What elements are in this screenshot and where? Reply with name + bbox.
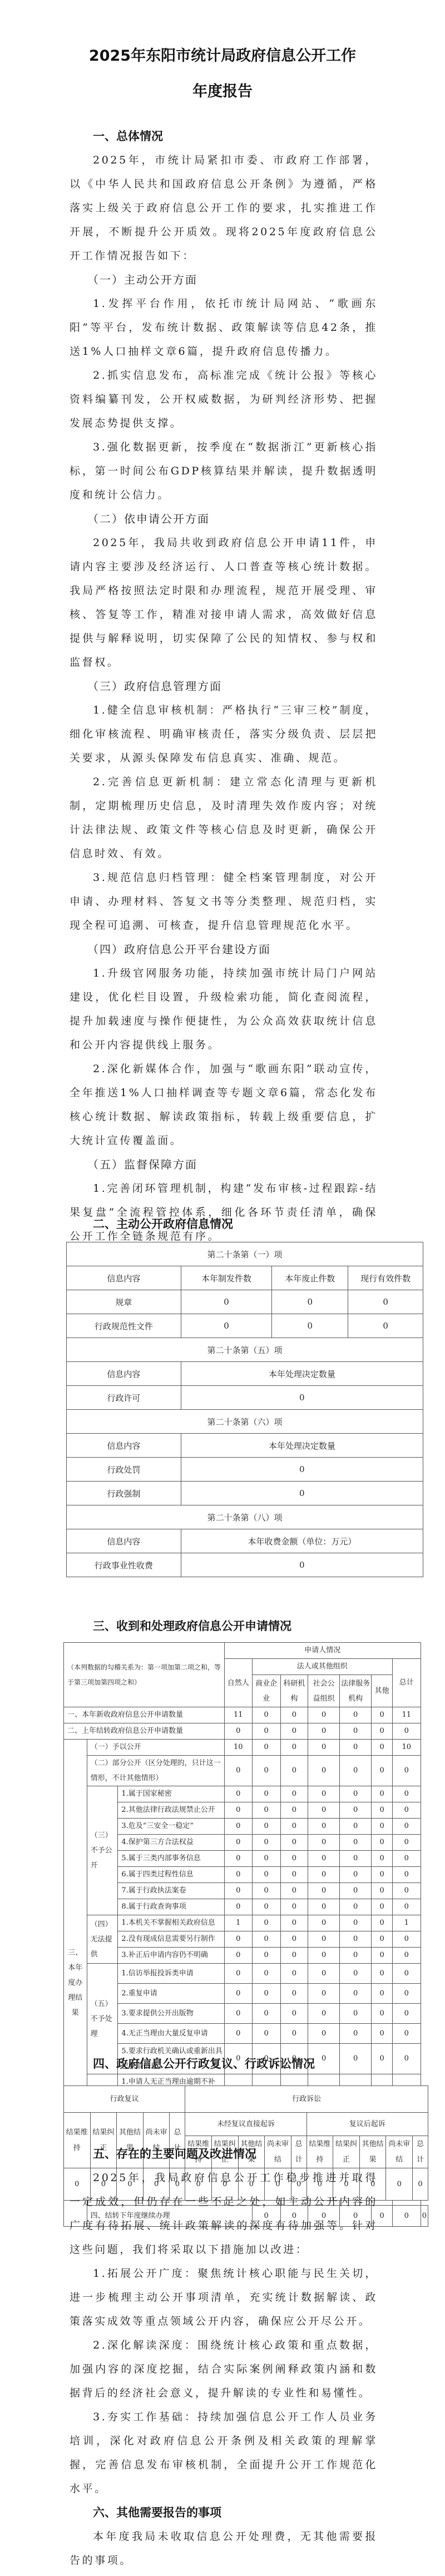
cell-value: 0 [413,2168,428,2201]
section-issues: 五、存在的主要问题及改进情况 2025年，我局政府信息公开工作稳步推进并取得一定… [70,2142,378,2573]
table-row: 3.补正后申请内容仍不明确 0000000 [64,1948,428,1964]
paragraph: 3.规范信息归档管理：健全档案管理制度，对公开申请、办理材料、答复文书等分类整理… [70,866,378,938]
row-label: 4.保护第三方合法权益 [118,1835,224,1851]
table-row: 行政规范性文件 0 0 0 [67,1314,423,1338]
row-label: 6.属于四类过程性信息 [118,1867,224,1883]
column-header: 信息内容 [67,1362,181,1386]
cell-value: 0 [339,1723,372,1740]
cell-value: 0 [252,2024,280,2044]
cell-value: 0 [339,1964,372,1984]
cell-value: 0 [372,1948,392,1964]
cell-value: 0 [280,1867,308,1883]
table-row: 8.属于行政查询事项 0000000 [64,1899,428,1915]
cell-value: 0 [272,1314,348,1338]
table-row: 2.重复申请 0000000 [64,1984,428,2004]
cell-value: 0 [339,1707,372,1723]
row-label: 规章 [67,1290,181,1314]
row-label: 二、上年结转政府信息公开申请数量 [64,1723,225,1740]
cell-value: 0 [272,1290,348,1314]
cell-value: 0 [372,1964,392,1984]
group-header: 行政诉讼 [185,2086,428,2113]
cell-value: 0 [339,1899,372,1915]
report-title-line2: 年度报告 [0,79,445,101]
cell-value: 0 [280,1915,308,1931]
cell-value: 0 [308,1740,340,1756]
section-heading: 一、总体情况 [93,125,378,148]
table-row: 4.无正当理由大量反复申请 0000000 [64,2024,428,2044]
cell-value: 0 [392,2206,421,2227]
cell-value: 0 [252,1835,280,1851]
cell-value: 0 [252,1851,280,1867]
cell-value: 0 [224,1948,252,1964]
row-label: 行政许可 [67,1386,181,1410]
cell-value: 0 [339,1802,372,1819]
cell-value: 0 [308,1867,340,1883]
row-label: （一）予以公开 [87,1740,224,1756]
row-label: 1.信访举报投诉类申请 [118,1964,224,1984]
cell-value: 0 [372,1851,392,1867]
row-label: 1.属于国家秘密 [118,1786,224,1802]
cell-value: 0 [308,2024,340,2044]
cell-value: 0 [372,1819,392,1835]
table-row: 行政事业性收费 0 [67,1553,423,1577]
group-header: 复议后起诉 [306,2113,428,2136]
cell-value: 0 [280,1819,308,1835]
cell-value: 10 [224,1740,252,1756]
cell-value: 0 [392,1802,421,1819]
subsection-heading: （二）依申请公开方面 [87,507,378,531]
table-row: （三）不予公开 1.属于国家秘密 0000000 [64,1786,428,1802]
column-header: 科研机构 [280,1675,308,1707]
cell-value: 0 [392,2004,421,2024]
cell-value: 0 [392,1899,421,1915]
cell-value: 0 [372,1835,392,1851]
cell-value: 0 [252,1819,280,1835]
paragraph: 2.完善信息更新机制：建立常态化清理与更新机制，定期梳理历史信息，及时清理失效作… [70,770,378,866]
column-header: 商业企业 [252,1675,280,1707]
cell-value: 0 [252,1756,280,1786]
table-section-title: 第二十条第（八）项 [67,1505,423,1529]
cell-value: 0 [372,1883,392,1899]
cell-value: 0 [372,1740,392,1756]
cell-value: 0 [308,1707,340,1723]
cell-value: 0 [252,1964,280,1984]
cell-value: 0 [181,1386,423,1410]
table-row: 3.危及“三安全一稳定” 0000000 [64,1819,428,1835]
cell-value: 0 [392,1964,421,1984]
row-label: 4.无正当理由大量反复申请 [118,2024,224,2044]
cell-value: 0 [252,1867,280,1883]
cell-value: 0 [372,1931,392,1948]
table-row: （二）部分公开（区分处理的，只计这一情形，不计其他情形） 0 0 0 0 0 0… [64,1756,428,1786]
column-header: 本年处理决定数量 [181,1434,423,1458]
cell-value: 0 [308,1915,340,1931]
table-section-title: 第二十条第（一）项 [67,1242,423,1266]
paragraph: 3.强化数据更新，按季度在“数据浙江”更新核心指标，第一时间公布GDP核算结果并… [70,435,378,507]
row-label: 一、本年新收政府信息公开申请数量 [64,1707,225,1723]
paragraph: 1.发挥平台作用，依托市统计局网站、“歌画东阳”等平台，发布统计数据、政策解读等… [70,292,378,364]
cell-value: 0 [224,1802,252,1819]
cell-value: 0 [252,1931,280,1948]
cell-value: 0 [339,1851,372,1867]
cell-value: 0 [308,1931,340,1948]
column-header: 本年废止件数 [272,1266,348,1290]
cell-value: 0 [224,2004,252,2024]
cell-value: 0 [372,1915,392,1931]
paragraph: 本年度我局未收取信息公开处理费，无其他需要报告的事项。 [70,2525,378,2573]
cell-value: 0 [280,1964,308,1984]
cell-value: 0 [224,1964,252,1984]
cell-value: 0 [224,1867,252,1883]
cell-value: 0 [280,1899,308,1915]
report-title-line1: 2025年东阳市统计局政府信息公开工作 [0,43,445,65]
cell-value: 0 [339,1931,372,1948]
row-label: 8.属于行政查询事项 [118,1899,224,1915]
cell-value: 0 [308,1756,340,1786]
cell-value: 0 [252,1740,280,1756]
table-row: 一、本年新收政府信息公开申请数量 11 0 0 0 0 0 11 [64,1707,428,1723]
row-label: 2.重复申请 [118,1984,224,2004]
cell-value: 11 [392,1707,421,1723]
table-row: 行政强制 0 [67,1482,423,1505]
cell-value: 0 [224,1756,252,1786]
cell-value: 0 [308,1964,340,1984]
table-row: 三、本年度办理结果 （一）予以公开 10 0 0 0 0 0 10 [64,1740,428,1756]
cell-value: 0 [392,1948,421,1964]
paragraph: 2.深化新媒体合作，加强与“歌画东阳”联动宣传，全年推送1%人口抽样调查等专题文… [70,1057,378,1153]
proactive-disclosure-table: 第二十条第（一）项 信息内容 本年制发件数 本年废止件数 现行有效件数 规章 0… [66,1242,423,1577]
cell-value: 0 [308,1802,340,1819]
cell-value: 0 [224,1835,252,1851]
paragraph: 1.拓展公开广度：聚焦统计核心职能与民生关切，进一步梳理主动公开事项清单，充实统… [70,2262,378,2334]
cell-value: 0 [252,1723,280,1740]
table-row: 二、上年结转政府信息公开申请数量 0 0 0 0 0 0 0 [64,1723,428,1740]
cell-value: 0 [224,1899,252,1915]
cell-value: 0 [392,1835,421,1851]
table-row: 规章 0 0 0 [67,1290,423,1314]
section-heading: 六、其他需要报告的事项 [93,2501,378,2525]
cell-value: 0 [308,1819,340,1835]
cell-value: 0 [372,1899,392,1915]
table-row: 2.没有现成信息需要另行制作 0000000 [64,1931,428,1948]
cell-value: 0 [252,1948,280,1964]
table-section-title: 第二十条第（五）项 [67,1338,423,1362]
row-label: 行政规范性文件 [67,1314,181,1338]
cell-value: 1 [392,1915,421,1931]
cell-value: 0 [224,1883,252,1899]
cell-value: 0 [252,1707,280,1723]
cell-value: 0 [372,1867,392,1883]
cell-value: 10 [392,1740,421,1756]
section-heading: 五、存在的主要问题及改进情况 [93,2142,378,2166]
group-header: 法人或其他组织 [252,1659,392,1675]
subsection-heading: （三）政府信息管理方面 [87,675,378,699]
row-label: 3.危及“三安全一稳定” [118,1819,224,1835]
cell-value: 0 [348,1314,423,1338]
row-label: （二）部分公开（区分处理的，只计这一情形，不计其他情形） [87,1756,224,1786]
cell-value: 0 [280,1931,308,1948]
cell-value: 0 [372,2024,392,2044]
cell-value: 0 [339,1835,372,1851]
cell-value: 0 [339,1984,372,2004]
cell-value: 0 [280,1984,308,2004]
cell-value: 0 [280,2004,308,2024]
cell-value: 0 [372,1786,392,1802]
cell-value: 0 [181,1458,423,1482]
cell-value: 0 [252,2004,280,2024]
group-header: 未经复议直接起诉 [185,2113,306,2136]
row-group-label: （三）不予公开 [87,1786,118,1915]
cell-value: 0 [339,1915,372,1931]
column-header: 本年收费金额（单位：万元） [181,1529,423,1553]
row-label: 2.没有现成信息需要另行制作 [118,1931,224,1948]
paragraph: 2.抓实信息发布，高标准完成《统计公报》等核心资料编纂刊发，公开权威数据，为研判… [70,364,378,435]
cell-value: 0 [224,1851,252,1867]
column-header: 尚未审结 [386,2136,413,2168]
cell-value: 0 [181,1290,272,1314]
cell-value: 0 [308,1984,340,2004]
cell-value: 0 [252,1984,280,2004]
column-header: 总计 [413,2136,428,2168]
column-header: 自然人 [224,1659,252,1707]
cell-value: 0 [181,1482,423,1505]
cell-value: 0 [308,1835,340,1851]
cell-value: 0 [280,1883,308,1899]
cell-value: 0 [252,1899,280,1915]
subsection-heading: （一）主动公开方面 [87,268,378,292]
table-row: 2.其他法律行政法规禁止公开 0000000 [64,1802,428,1819]
row-label: 2.其他法律行政法规禁止公开 [118,1802,224,1819]
cell-value: 0 [280,1756,308,1786]
table-section-title: 第二十条第（六）项 [67,1410,423,1434]
cell-value: 0 [224,1786,252,1802]
table-row: 3.要求提供公开出版物 0000000 [64,2004,428,2024]
cell-value: 0 [308,2004,340,2024]
cell-value: 0 [339,1819,372,1835]
cell-value: 0 [339,2004,372,2024]
section-heading: 三、收到和处理政府信息公开申请情况 [93,1614,291,1638]
column-header: 社会公益组织 [308,1675,340,1707]
cell-value: 0 [339,2044,372,2074]
cell-value: 0 [372,2044,392,2074]
paragraph: 2025年，我局政府信息公开工作稳步推进并取得一定成效，但仍存在一些不足之处，如… [70,2166,378,2262]
column-header: 现行有效件数 [348,1266,423,1290]
cell-value: 0 [252,1802,280,1819]
cell-value: 0 [392,1931,421,1948]
paragraph: 2025年，我局共收到政府信息公开申请11件，申请内容主要涉及经济运行、人口普查… [70,531,378,675]
cell-value: 0 [392,1723,421,1740]
cell-value: 0 [392,1819,421,1835]
column-header: 其他 [372,1675,392,1707]
cell-value: 0 [372,1756,392,1786]
cell-value: 0 [339,1867,372,1883]
row-label: 7.属于行政执法案卷 [118,1883,224,1899]
cell-value: 0 [280,2024,308,2044]
column-header: 信息内容 [67,1529,181,1553]
cell-value: 0 [280,1851,308,1867]
section-overview: 一、总体情况 2025年，市统计局紧扣市委、市政府工作部署，以《中华人民共和国政… [70,125,378,1368]
cell-value: 11 [224,1707,252,1723]
row-label: 3.要求提供公开出版物 [118,2004,224,2024]
cell-value: 0 [392,1867,421,1883]
cell-value: 0 [372,1984,392,2004]
column-header: 总计 [392,1659,421,1707]
cell-value: 0 [181,1314,272,1338]
row-label: 行政强制 [67,1482,181,1505]
cell-value: 0 [392,1786,421,1802]
column-header: 本年处理决定数量 [181,1362,423,1386]
cell-value: 0 [372,1707,392,1723]
row-group-label: （四）无法提供 [87,1915,118,1964]
table-row: 7.属于行政执法案卷 0000000 [64,1883,428,1899]
cell-value: 0 [392,1851,421,1867]
cell-value: 0 [308,1786,340,1802]
subsection-heading: （五）监督保障方面 [87,1153,378,1177]
cell-value: 0 [421,2206,428,2227]
cell-value: 0 [280,1786,308,1802]
table-row: 4.保护第三方合法权益 0000000 [64,1835,428,1851]
cell-value: 0 [280,1723,308,1740]
cell-value: 0 [252,1915,280,1931]
table-row: （四）无法提供 1.本机关不掌握相关政府信息 1000001 [64,1915,428,1931]
column-header: 信息内容 [67,1434,181,1458]
cell-value: 0 [308,1948,340,1964]
paragraph: 1.健全信息审核机制：严格执行“三审三校”制度，细化审核流程、明确审核责任，落实… [70,699,378,770]
table-row: （五）不予处理 1.信访举报投诉类申请 0000000 [64,1964,428,1984]
cell-value: 0 [392,2024,421,2044]
cell-value: 0 [224,1984,252,2004]
cell-value: 0 [372,2004,392,2024]
section-heading: 四、政府信息公开行政复议、行政诉讼情况 [93,2052,315,2076]
cell-value: 0 [339,2024,372,2044]
paragraph: 2025年，市统计局紧扣市委、市政府工作部署，以《中华人民共和国政府信息公开条例… [70,148,378,268]
cell-value: 0 [224,1931,252,1948]
table-row: 行政处罚 0 [67,1458,423,1482]
corner-note: （本列数据的勾稽关系为：第一项加第二项之和，等于第三项加第四项之和） [64,1643,225,1707]
cell-value: 0 [339,1786,372,1802]
cell-value: 0 [224,1819,252,1835]
cell-value: 0 [308,1851,340,1867]
cell-value: 0 [372,1802,392,1819]
cell-value: 0 [339,1948,372,1964]
cell-value: 0 [386,2168,413,2201]
cell-value: 0 [372,1723,392,1740]
cell-value: 0 [280,1740,308,1756]
cell-value: 0 [392,2044,421,2074]
row-label: 3.补正后申请内容仍不明确 [118,1948,224,1964]
cell-value: 0 [280,1802,308,1819]
table-row: 行政许可 0 [67,1386,423,1410]
cell-value: 0 [392,1984,421,2004]
row-label: 行政处罚 [67,1458,181,1482]
row-label: 1.本机关不掌握相关政府信息 [118,1915,224,1931]
cell-value: 0 [339,1756,372,1786]
column-header: 信息内容 [67,1266,181,1290]
cell-value: 0 [348,1290,423,1314]
row-label: 行政事业性收费 [67,1553,181,1577]
row-label: 5.属于三类内部事务信息 [118,1851,224,1867]
paragraph: 1.升级官网服务功能，持续加强市统计局门户网站建设，优化栏目设置，升级检索功能，… [70,962,378,1057]
paragraph: 2.深化解读深度：围绕统计核心政策和重点数据，加强内容的深度挖掘，结合实际案例阐… [70,2334,378,2405]
cell-value: 0 [280,1948,308,1964]
cell-value: 0 [308,1723,340,1740]
subsection-heading: （四）政府信息公开平台建设方面 [87,938,378,962]
section-heading: 二、主动公开政府信息情况 [93,1212,233,1236]
table-row: 6.属于四类过程性信息 0000000 [64,1867,428,1883]
cell-value: 0 [308,1883,340,1899]
cell-value: 0 [339,1740,372,1756]
column-header: 本年制发件数 [181,1266,272,1290]
cell-value: 0 [280,1835,308,1851]
column-header: 法律服务机构 [339,1675,372,1707]
cell-value: 0 [252,1786,280,1802]
paragraph: 3.夯实工作基础：持续加强信息公开工作人员业务培训，深化对政府信息公开条例及相关… [70,2405,378,2501]
cell-value: 0 [392,1756,421,1786]
group-header: 申请人情况 [224,1643,421,1659]
cell-value: 0 [224,2024,252,2044]
cell-value: 0 [181,1553,423,1577]
table-row: 5.属于三类内部事务信息 0000000 [64,1851,428,1867]
cell-value: 0 [224,1723,252,1740]
cell-value: 0 [308,1899,340,1915]
cell-value: 1 [224,1915,252,1931]
cell-value: 0 [252,1883,280,1899]
cell-value: 0 [392,1883,421,1899]
cell-value: 0 [280,1707,308,1723]
group-header: 行政复议 [64,2086,185,2113]
cell-value: 0 [339,1883,372,1899]
